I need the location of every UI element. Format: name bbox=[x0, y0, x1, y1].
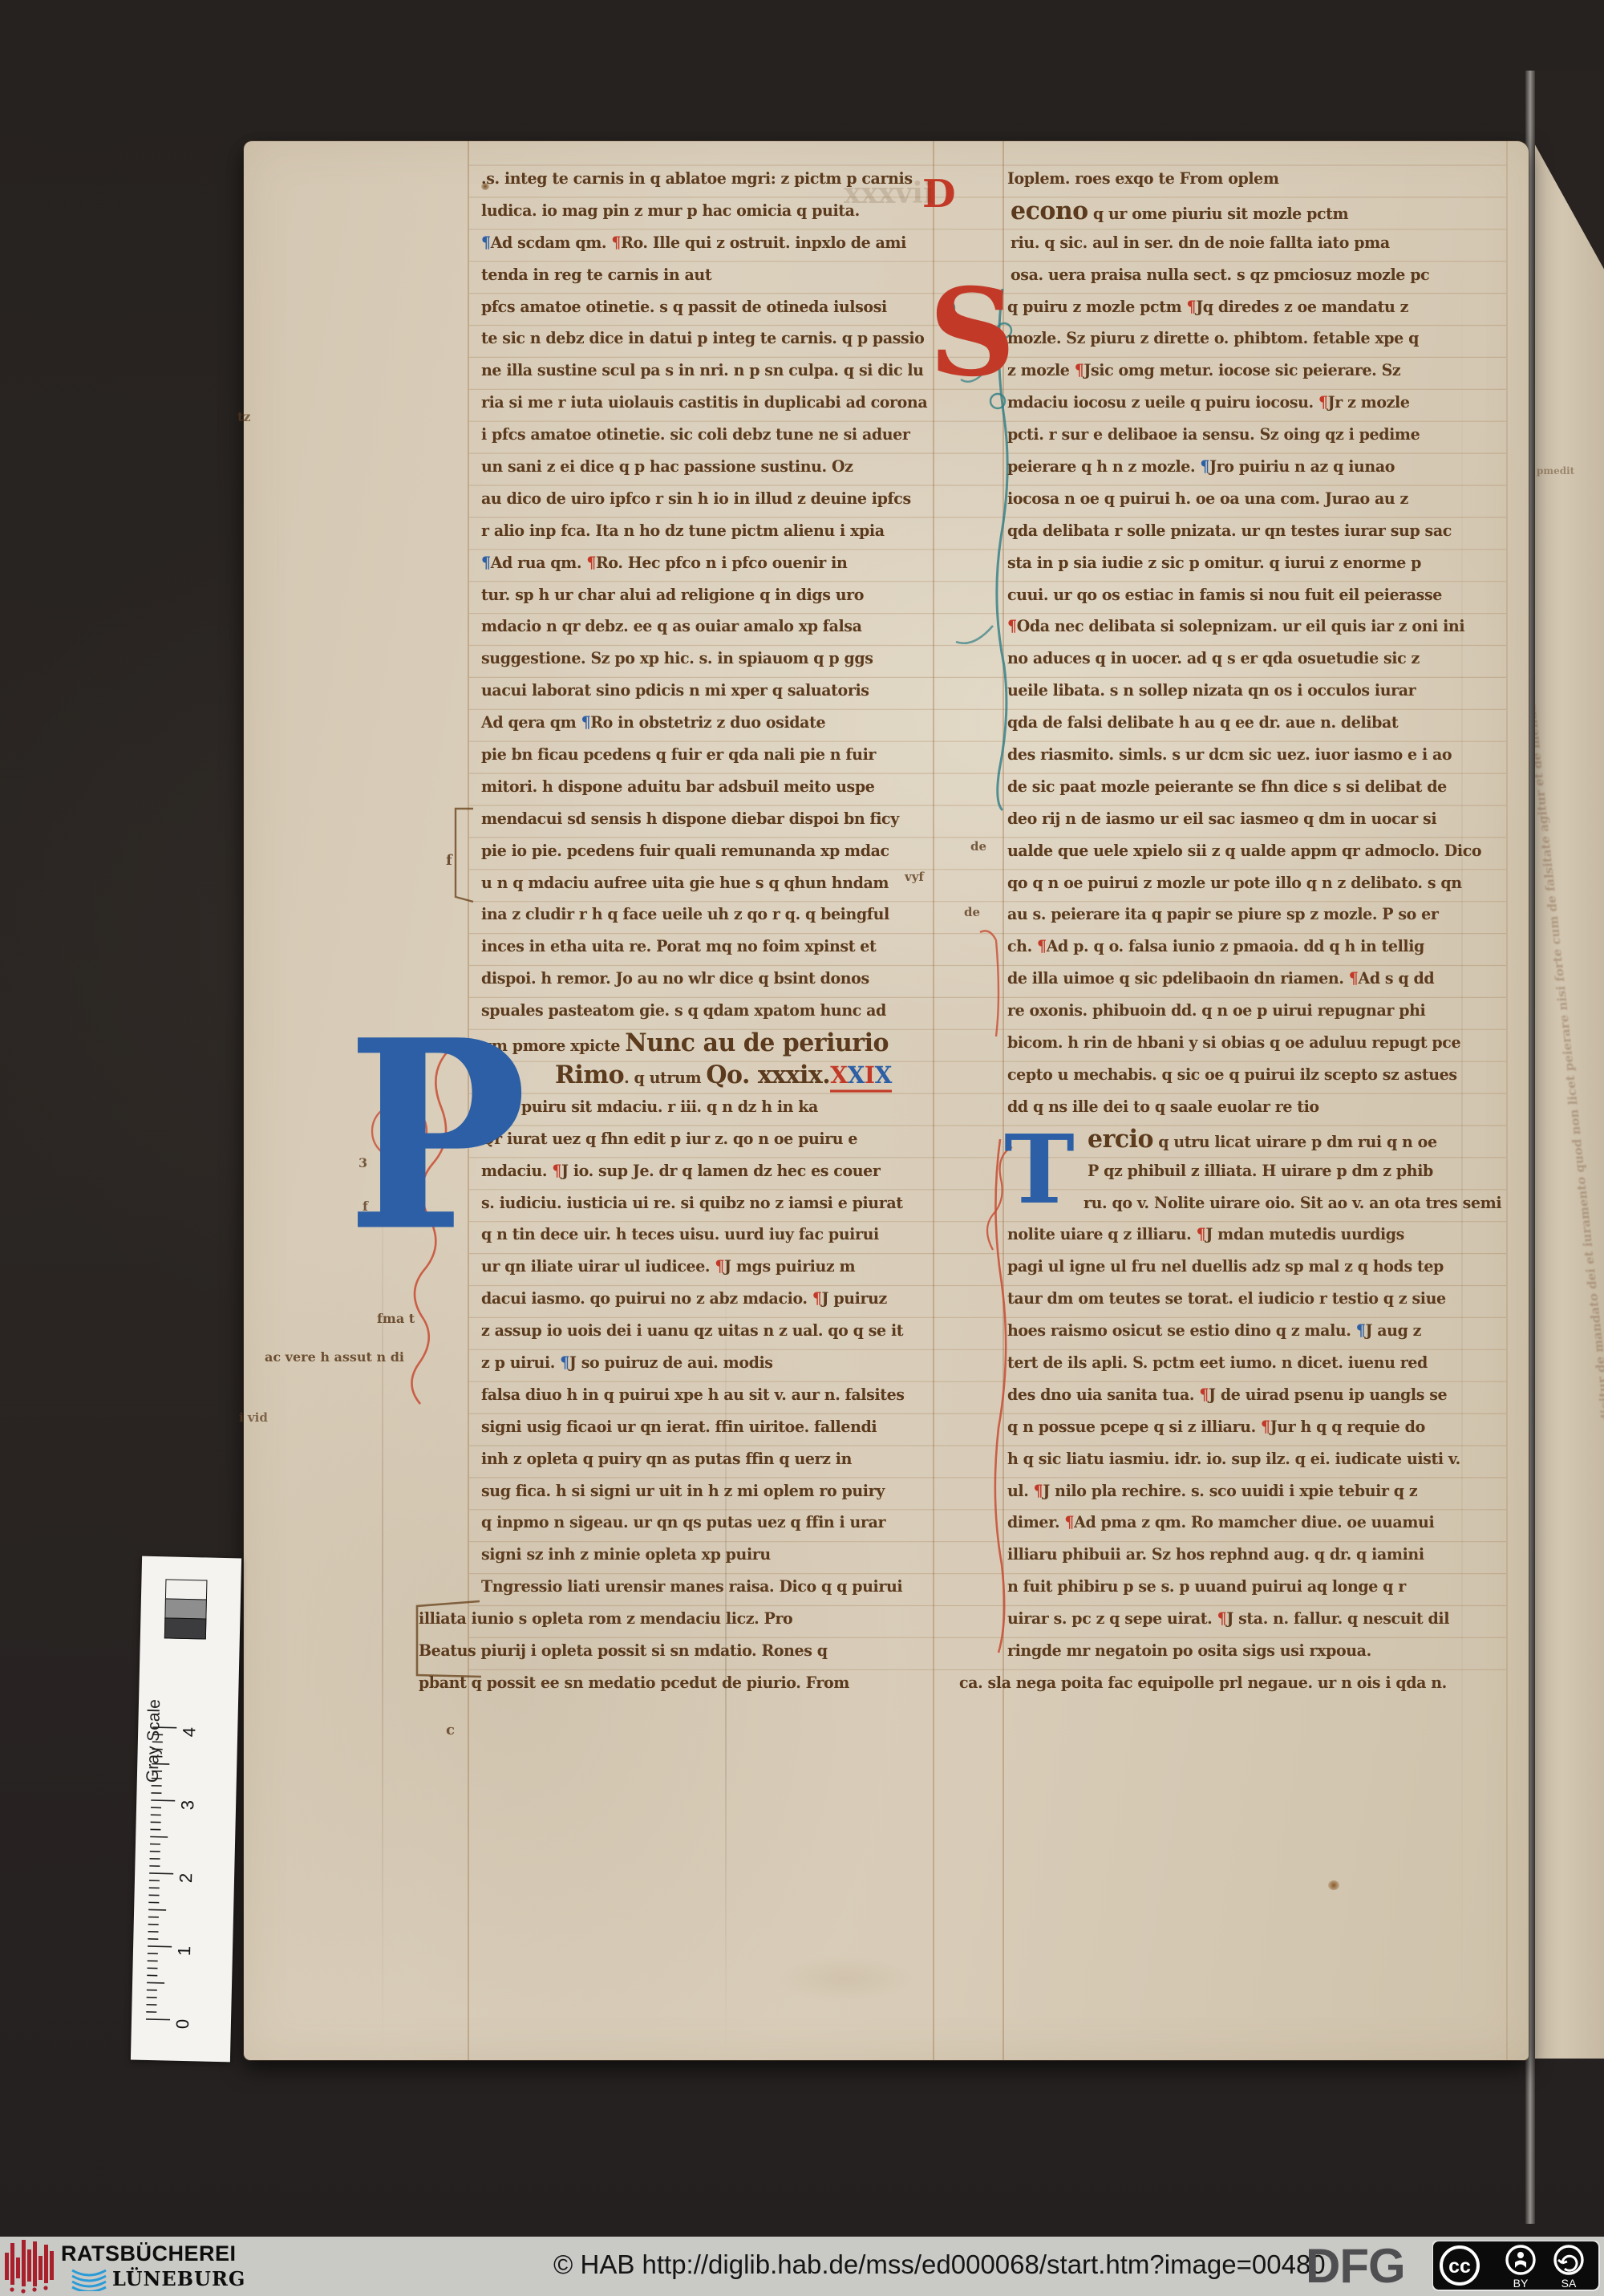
manuscript-line: illiaru phibuii ar. Sz hos rephnd aug. q… bbox=[1007, 1539, 1501, 1572]
initial-p: P bbox=[346, 1025, 528, 1246]
manuscript-line: ercio q utru licat uirare p dm rui q n o… bbox=[1088, 1123, 1501, 1156]
manuscript-line: P qz phibuil z illiata. H uirare p dm z … bbox=[1088, 1155, 1501, 1188]
manuscript-line: pie io pie. pcedens fuir quali remunanda… bbox=[481, 835, 927, 868]
manuscript-line: nolite uiare q z illiaru. ¶J mdan mutedi… bbox=[1007, 1219, 1501, 1251]
manuscript-line: ¶Ad scdam qm. ¶Ro. Ille qui z ostruit. i… bbox=[481, 227, 927, 260]
manuscript-line: mdaciu. ¶J io. sup Je. dr q lamen dz hec… bbox=[481, 1155, 927, 1188]
manuscript-line: de sic paat mozle peierante se fhn dice … bbox=[1007, 771, 1501, 804]
manuscript-line: econo q ur ome piuriu sit mozle pctm bbox=[1011, 195, 1501, 228]
marginal-note: tz bbox=[237, 409, 250, 424]
manuscript-line: pfcs amatoe otinetie. s q passit de otin… bbox=[481, 291, 927, 324]
manuscript-line: pcti. r sur e delibaoe ia sensu. Sz oing… bbox=[1007, 419, 1501, 452]
manuscript-line: falsa diuo h in q puirui xpe h au sit v.… bbox=[481, 1379, 927, 1412]
marginal-note: f bbox=[363, 1199, 368, 1214]
marginal-note: xxxvii bbox=[844, 176, 934, 210]
manuscript-line: ¶Ad rua qm. ¶Ro. Hec pfco n i pfco oueni… bbox=[481, 547, 927, 580]
manuscript-line: n fuit phibiru p se s. p uuand puirui aq… bbox=[1007, 1571, 1501, 1604]
marginal-note: fma t bbox=[377, 1311, 415, 1326]
dfg-logo: DFG bbox=[1306, 2238, 1405, 2294]
ratsbuecherei-pipes-icon bbox=[3, 2238, 59, 2294]
manuscript-line: h q sic liatu iasmiu. idr. io. sup ilz. … bbox=[1007, 1443, 1501, 1476]
manuscript-line: Qr iurat uez q fhn edit p iur z. qo n oe… bbox=[481, 1123, 927, 1156]
manuscript-line: des dno uia sanita tua. ¶J de uirad psen… bbox=[1007, 1379, 1501, 1412]
manuscript-line: iocosa n oe q puirui h. oe oa una com. J… bbox=[1007, 483, 1501, 516]
manuscript-line: ur qn iliate uirar ul iudicee. ¶J mgs pu… bbox=[481, 1251, 927, 1284]
manuscript-line: te sic n debz dice in datui p integ te c… bbox=[481, 322, 927, 355]
manuscript-line: dispoi. h remor. Jo au no wlr dice q bsi… bbox=[481, 963, 927, 996]
marginal-note: f bbox=[446, 852, 452, 869]
manuscript-line: ina z cludir r h q face ueile uh z qo r … bbox=[481, 899, 927, 931]
marginal-note: de bbox=[970, 839, 986, 854]
manuscript-line: sug fica. h si signi ur uit in h z mi op… bbox=[481, 1475, 927, 1508]
ruling-vertical bbox=[1003, 141, 1004, 2060]
manuscript-line: mdacio n qr debz. ee q as ouiar amalo xp… bbox=[481, 611, 927, 643]
marginal-note: c bbox=[446, 1722, 455, 1738]
manuscript-line: mozle. Sz piuru z dirette o. phibtom. fe… bbox=[1007, 322, 1501, 355]
manuscript-line: Rimo. q utrum Qo. xxxix.XXIX bbox=[555, 1059, 927, 1092]
manuscript-line: signi sz inh z minie opleta xp puiru bbox=[481, 1539, 927, 1572]
manuscript-line: spuales pasteatom gie. s q qdam xpatom h… bbox=[481, 995, 927, 1028]
initial-s: S bbox=[929, 282, 1015, 385]
manuscript-line: pie bn ficau pcedens q fuir er qda nali … bbox=[481, 739, 927, 772]
attribution-text: © HAB http://diglib.hab.de/mss/ed000068/… bbox=[553, 2249, 1326, 2280]
manuscript-line: de illa uimoe q sic pdelibaoin dn riamen… bbox=[1007, 963, 1501, 996]
manuscript-line: ome puiru sit mdaciu. r iii. q n dz h in… bbox=[481, 1091, 927, 1124]
manuscript-line: ueile libata. s n sollep nizata qn os i … bbox=[1007, 675, 1501, 708]
manuscript-line: Ioplem. roes exqo te From oplem bbox=[1007, 163, 1501, 196]
svg-text:BY: BY bbox=[1513, 2277, 1529, 2290]
library-name: RATSBÜCHEREI bbox=[61, 2241, 237, 2266]
manuscript-line: peierare q h n z mozle. ¶Jro puiriu n az… bbox=[1007, 451, 1501, 484]
ruler-number: 4 bbox=[179, 1727, 200, 1738]
background-corner bbox=[1535, 71, 1604, 335]
manuscript-line: z assup io uois dei i uanu qz uitas n z … bbox=[481, 1315, 927, 1348]
manuscript-line: Ad qera qm ¶Ro in obstetriz z duo osidat… bbox=[481, 707, 927, 740]
manuscript-line: Tngressio liati urensir manes raisa. Dic… bbox=[481, 1571, 927, 1604]
marginal-note: pmedit bbox=[1537, 465, 1574, 477]
svg-text:SA: SA bbox=[1561, 2277, 1577, 2290]
manuscript-line: pbant q possit ee sn medatio pcedut de p… bbox=[419, 1667, 927, 1700]
manuscript-line: illiata iunio s opleta rom z mendaciu li… bbox=[419, 1603, 927, 1636]
grayscale-ruler-card: Gray Scale 01234 bbox=[131, 1556, 241, 2063]
manuscript-line: re oxonis. phibuoin dd. q n oe p uirui r… bbox=[1007, 995, 1501, 1028]
manuscript-line: ch. ¶Ad p. q o. falsa iunio z pmaoia. dd… bbox=[1007, 931, 1501, 963]
lueneburg-fan-icon bbox=[71, 2267, 107, 2291]
marginal-note: de bbox=[964, 905, 980, 919]
manuscript-line: des riasmito. simls. s ur dcm sic uez. i… bbox=[1007, 739, 1501, 772]
marginal-note: i vid bbox=[239, 1410, 268, 1425]
manuscript-line: signi usig ficaoi ur qn ierat. ffin uiri… bbox=[481, 1411, 927, 1444]
manuscript-line: mitori. h dispone aduitu bar adsbuil mei… bbox=[481, 771, 927, 804]
ruler-number: 3 bbox=[177, 1800, 198, 1811]
ruling-vertical bbox=[933, 141, 934, 2060]
manuscript-line: uirar s. pc z q sepe uirat. ¶J sta. n. f… bbox=[1007, 1603, 1501, 1636]
manuscript-line: z p uirui. ¶J so puiruz de aui. modis bbox=[481, 1347, 927, 1380]
library-city: LÜNEBURG bbox=[112, 2267, 245, 2290]
manuscript-line: hoes raismo osicut se estio dino q z mal… bbox=[1007, 1315, 1501, 1348]
manuscript-line: tur. sp h ur char alui ad religione q in… bbox=[481, 579, 927, 612]
manuscript-line: q inpmo n sigeau. ur qn qs putas uez q f… bbox=[481, 1507, 927, 1539]
manuscript-line: taur dm om teutes se torat. el iudicio r… bbox=[1007, 1283, 1501, 1316]
manuscript-line: tenda in reg te carnis in aut bbox=[481, 259, 927, 292]
ruler-number: 2 bbox=[176, 1873, 196, 1884]
manuscript-line: q n tin dece uir. h teces uisu. uurd iuy… bbox=[481, 1219, 927, 1251]
manuscript-line: sta in p sia iudie z sic p omitur. q iur… bbox=[1007, 547, 1501, 580]
manuscript-line: ru. qo v. Nolite uirare oio. Sit ao v. a… bbox=[1084, 1187, 1501, 1220]
manuscript-line: ringde mr negatoin po osita sigs usi rxp… bbox=[1007, 1635, 1501, 1668]
manuscript-line: qda de falsi delibate h au q ee dr. aue … bbox=[1007, 707, 1501, 740]
manuscript-line: uacui laborat sino pdicis n mi xper q sa… bbox=[481, 675, 927, 708]
manuscript-line: suggestione. Sz po xp hic. s. in spiauom… bbox=[481, 643, 927, 675]
facing-page-edge: um qz sic dicere oportet de illis que su… bbox=[1535, 71, 1604, 2059]
manuscript-line: dacui iasmo. qo puirui no z abz mdacio. … bbox=[481, 1283, 927, 1316]
manuscript-line: dimer. ¶Ad pma z qm. Ro mamcher diue. oe… bbox=[1007, 1507, 1501, 1539]
manuscript-line: qo q n oe puirui z mozle ur pote illo q … bbox=[1007, 867, 1501, 900]
stain bbox=[1328, 1880, 1339, 1890]
manuscript-line: osa. uera praisa nulla sect. s qz pmcios… bbox=[1011, 259, 1501, 292]
manuscript-line: cepto u mechabis. q sic oe q puirui ilz … bbox=[1007, 1059, 1501, 1092]
manuscript-line: gm pmore xpicte Nunc au de periurio bbox=[481, 1027, 927, 1060]
manuscript-line: pagi ul igne ul fru nel duellis adz sp m… bbox=[1007, 1251, 1501, 1284]
marginal-note: 3 bbox=[358, 1155, 367, 1170]
manuscript-line: deo rij n de iasmo ur eil sac iasmeo q d… bbox=[1007, 803, 1501, 836]
ruler-number: 0 bbox=[172, 2019, 193, 2030]
marginal-note: vyf bbox=[905, 870, 924, 884]
manuscript-column-left: .s. integ te carnis in q ablatoe mgri: z… bbox=[481, 163, 927, 1699]
manuscript-line: ca. sla nega poita fac equipolle prl neg… bbox=[959, 1667, 1501, 1700]
manuscript-line: un sani z ei dice q p hac passione susti… bbox=[481, 451, 927, 484]
manuscript-line: ul. ¶J nilo pla rechire. s. sco uuidi i … bbox=[1007, 1475, 1501, 1508]
ruling-vertical bbox=[1506, 141, 1508, 2060]
manuscript-line: q n possue pcepe q si z illiaru. ¶Jur h … bbox=[1007, 1411, 1501, 1444]
footer-bar: RATSBÜCHEREI LÜNEBURG © HAB http://digli… bbox=[0, 2237, 1604, 2296]
manuscript-line: no aduces q in uocer. ad q s er qda osue… bbox=[1007, 643, 1501, 675]
stain bbox=[773, 1954, 917, 2002]
manuscript-line: r alio inp fca. Ita n ho dz tune pictm a… bbox=[481, 515, 927, 548]
manuscript-line: u n q mdaciu aufree uita gie hue s q qhu… bbox=[481, 867, 927, 900]
manuscript-line: Beatus piurij i opleta possit si sn mdat… bbox=[419, 1635, 927, 1668]
manuscript-line: ¶Oda nec delibata si solepnizam. ur eil … bbox=[1007, 611, 1501, 643]
manuscript-line: ria si me r iuta uiolauis castitis in du… bbox=[481, 387, 927, 420]
manuscript-line: riu. q sic. aul in ser. dn de noie fallt… bbox=[1011, 227, 1501, 260]
manuscript-line: qda delibata r solle pnizata. ur qn test… bbox=[1007, 515, 1501, 548]
cc-by-sa-badge: cc BY SA bbox=[1432, 2241, 1601, 2292]
manuscript-column-right: Ioplem. roes exqo te From oplemecono q u… bbox=[1007, 163, 1501, 1699]
manuscript-line: s. iudiciu. iusticia ui re. si quibz no … bbox=[481, 1187, 927, 1220]
manuscript-line: ualde que uele xpielo sii z q ualde appm… bbox=[1007, 835, 1501, 868]
ruler-number: 1 bbox=[174, 1946, 195, 1957]
manuscript-line: q puiru z mozle pctm ¶Jq diredes z oe ma… bbox=[1007, 291, 1501, 324]
manuscript-line: mendacui sd sensis h dispone diebar disp… bbox=[481, 803, 927, 836]
manuscript-line: z mozle ¶Jsic omg metur. iocose sic peie… bbox=[1007, 355, 1501, 387]
manuscript-line: au dico de uiro ipfco r sin h io in illu… bbox=[481, 483, 927, 516]
manuscript-line: bicom. h rin de hbani y si obias q oe ad… bbox=[1007, 1027, 1501, 1060]
manuscript-line: mdaciu iocosu z ueile q puiru iocosu. ¶J… bbox=[1007, 387, 1501, 420]
manuscript-line: i pfcs amatoe otinetie. sic coli debz tu… bbox=[481, 419, 927, 452]
initial-t: T bbox=[1004, 1130, 1075, 1210]
manuscript-line: inh z opleta q puiry qn as putas ffin q … bbox=[481, 1443, 927, 1476]
svg-text:cc: cc bbox=[1448, 2255, 1471, 2278]
manuscript-line: dd q ns ille dei to q saale euolar re ti… bbox=[1007, 1091, 1501, 1124]
photo-background: um qz sic dicere oportet de illis que su… bbox=[0, 0, 1604, 2296]
manuscript-line: inces in etha uita re. Porat mq no foim … bbox=[481, 931, 927, 963]
manuscript-line: au s. peierare ita q papir se piure sp z… bbox=[1007, 899, 1501, 931]
manuscript-line: ne illa sustine scul pa s in nri. n p sn… bbox=[481, 355, 927, 387]
manuscript-line: cuui. ur qo os estiac in famis si nou fu… bbox=[1007, 579, 1501, 612]
manuscript-line: tert de ils apli. S. pctm eet iumo. n di… bbox=[1007, 1347, 1501, 1380]
marginal-note: ac vere h assut n di bbox=[265, 1349, 404, 1365]
